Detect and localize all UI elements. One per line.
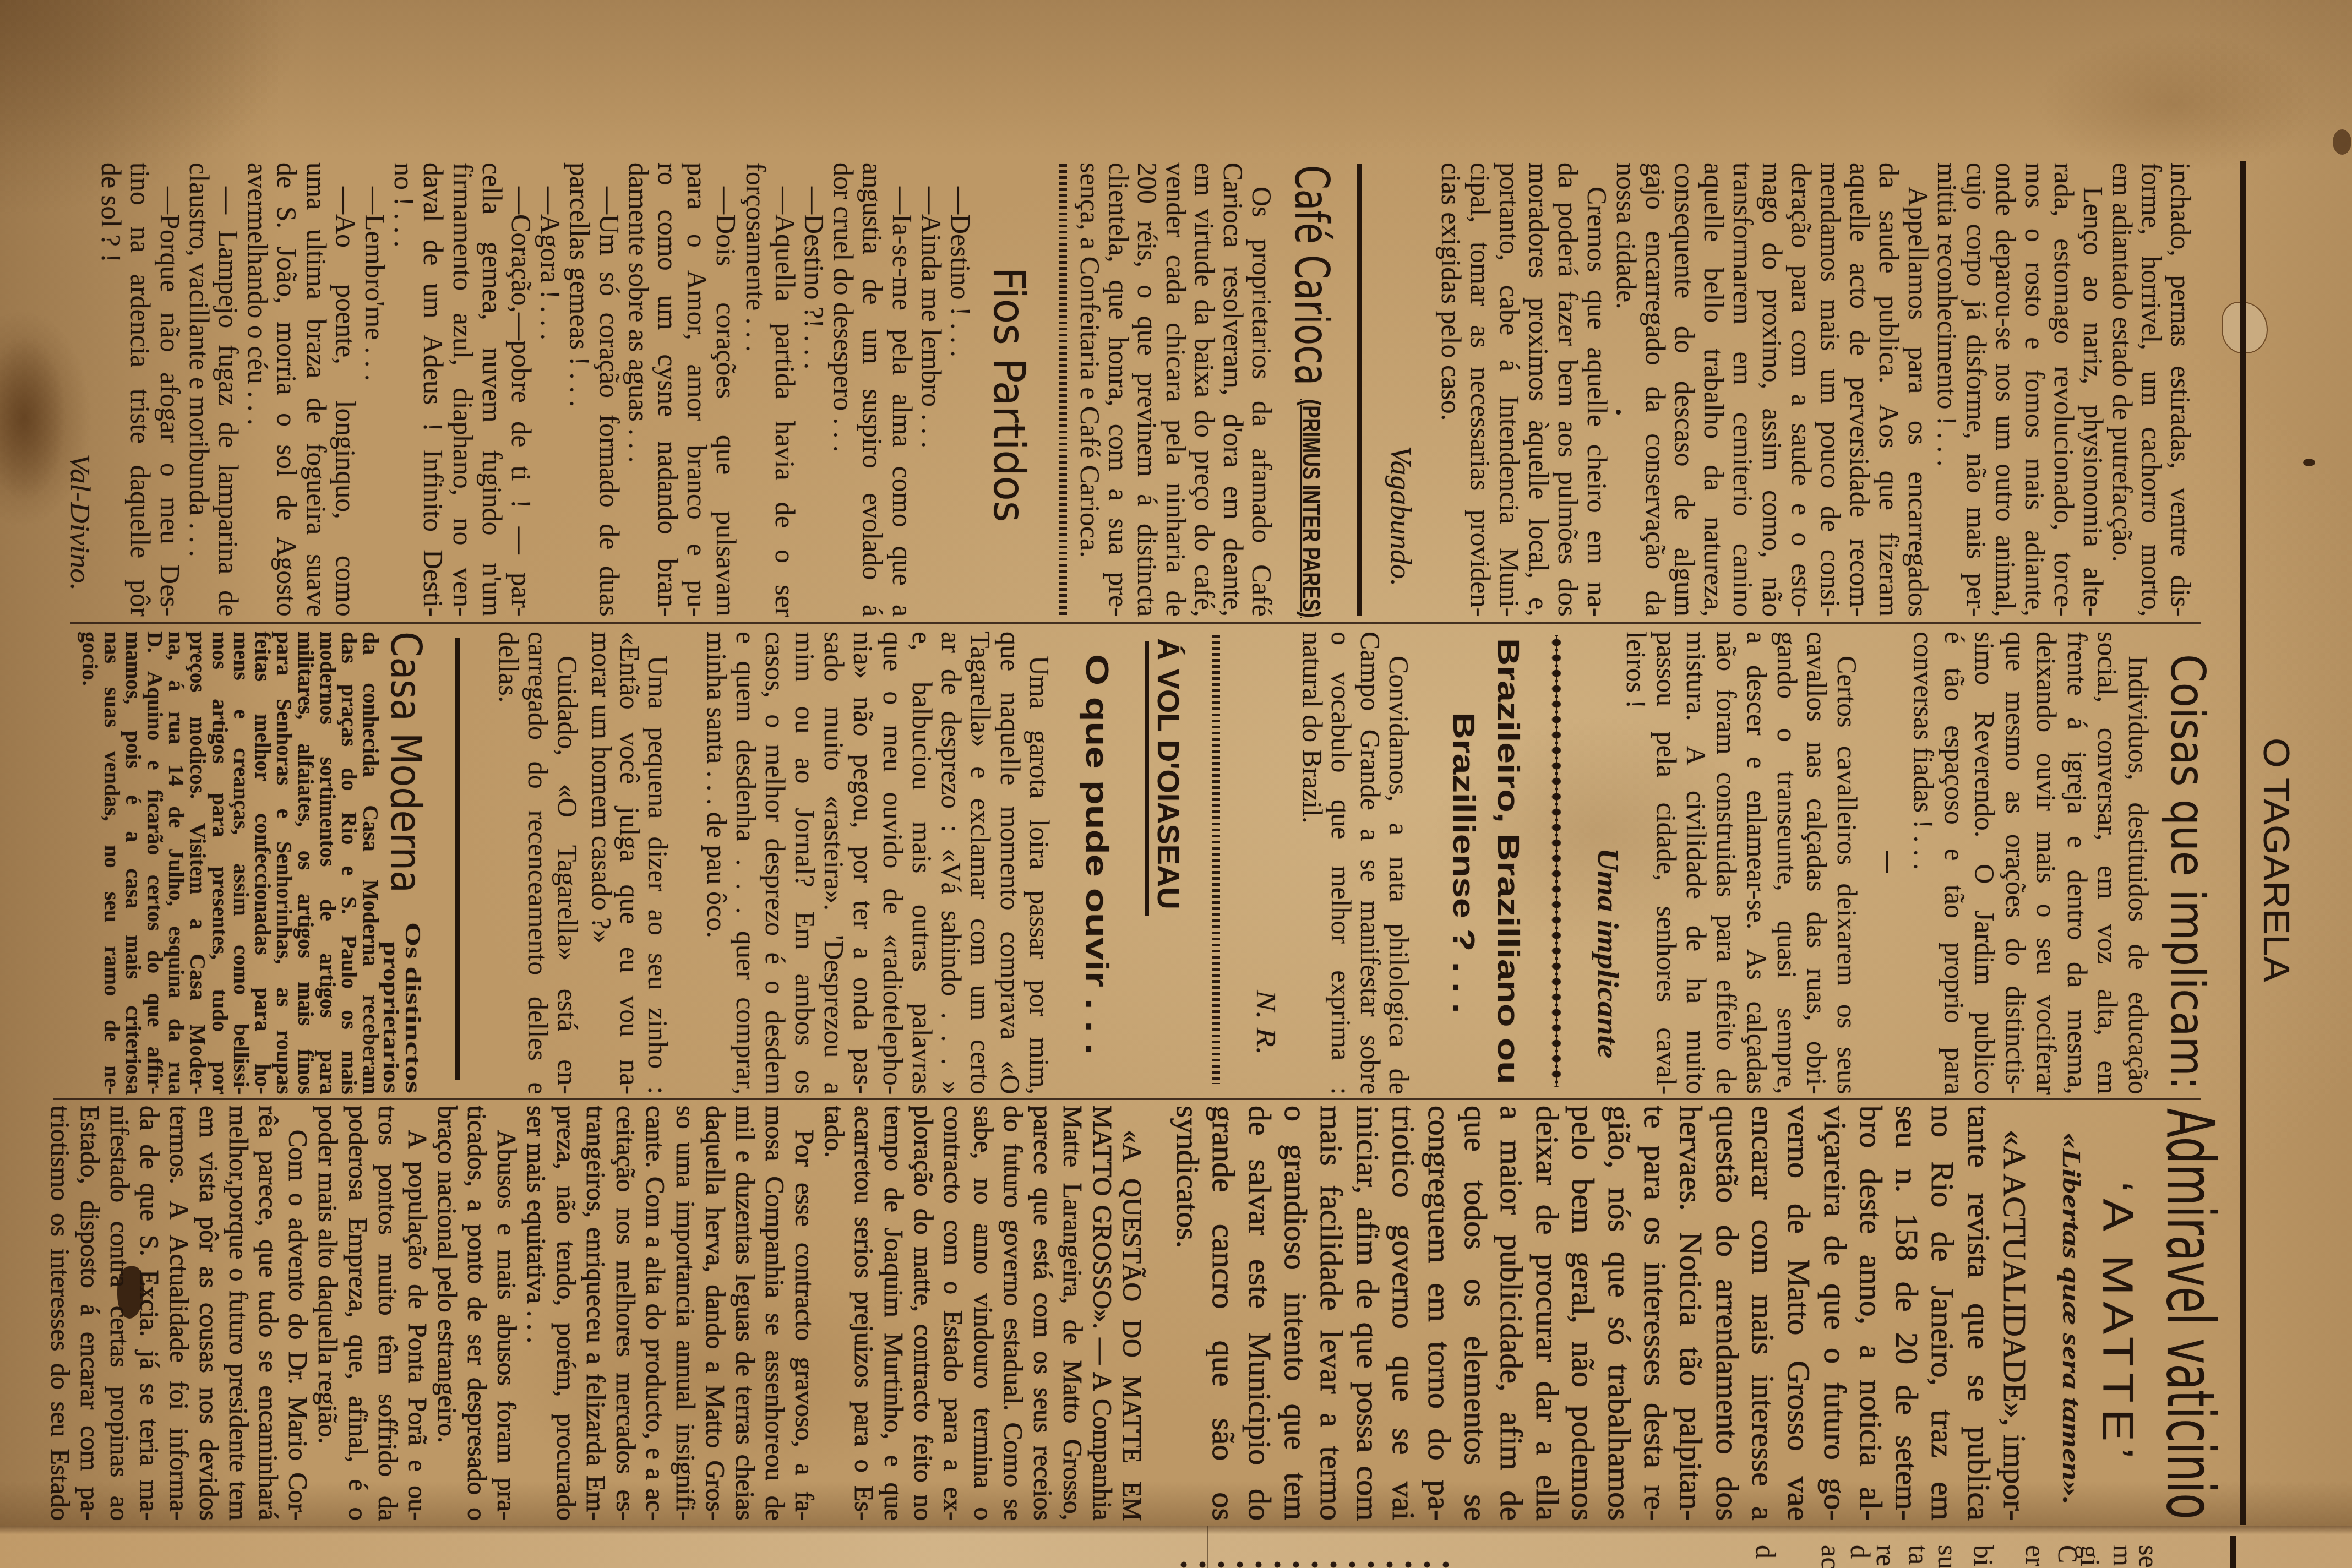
text-line-content: triotismo os interesses do seu Estado [45,1106,74,1521]
text-line-content: —Ia-se-me pela alma como que a [887,187,918,617]
text-line-content: daval de um Adeus ! Infinito Desti- [418,162,449,617]
text-line-content: cante. Com a alta do producto, e a ac- [641,1106,670,1521]
paragraph: —Lembro'me . . . [360,162,389,617]
text-line: triotismo os interesses do seu Estado [45,1106,74,1521]
lead-text: proprietarios [380,941,402,1093]
adjacent-text-fragment: er [2020,1545,2051,1566]
article-body: «A QUESTÃO DO MATTE EMMATTO GROSSO». — A… [45,1106,1146,1521]
text-line: Campo Grande a se manifestar sobre [1355,631,1384,1095]
text-line-content: mendamos mais um pouco de consi- [1815,162,1846,617]
column-divider [53,1098,2201,1100]
text-line: Uma garota loira passar por mim, [1025,631,1054,1095]
text-line: mittia reconhecimento ! . . . [1932,162,1962,617]
text-line: mos o rosto e fomos mais adiante, [2020,162,2049,617]
text-line-content: te para os interesses desta re- [1637,1106,1673,1521]
text-line: damente sobre as aguas . . . [624,162,653,617]
headline-subtitle: ‘A MATTE’ [2095,1182,2141,1465]
paragraph: Appellamos para os encarregadosda saude … [1611,162,1932,617]
text-line-content: da poderá fazer bem aos pulmões dos [1553,162,1583,617]
article-body: Os proprietarios da afamado CaféCarioca … [1076,162,1276,617]
text-line-content: mim ou ao Jornal? Em ambos os [790,631,820,1095]
text-line: —Coração,—pobre de ti ! — par- [507,162,536,617]
text-line-content: A população de Ponta Porã e ou- [402,1130,432,1521]
text-line-content: do futuro governo estadual. Como se [998,1106,1027,1521]
text-line-content: —Um só coração formado de duas [594,187,625,617]
text-line-content: vender cada chicara pela ninharia de [1161,162,1191,617]
text-line-content: no ! . . . [389,162,420,247]
text-line: braço nacional pelo estrangeiro. [432,1106,461,1521]
paragraph: —Destino ?! . . . [799,162,829,617]
text-line: gião, nós que só trabalhamos [1601,1106,1637,1521]
text-line: preza, não tendo, porém, procurado [551,1106,580,1521]
dotted-rule [1212,635,1220,1084]
paragraph: —Coração,—pobre de ti ! — par-cella geme… [389,162,536,617]
text-line-content: para Senhoras e Senhorinhas, as roupas [272,631,297,1095]
text-line-content: na, á rua 14 de Julho, esquina da rua [164,631,189,1095]
ad-lead-line: proprietarios [380,941,402,1093]
article-body: Individuos, destituidos de educaçãosocia… [1908,631,2153,1095]
text-line-content: Estado, disposto á encarar com pa- [75,1106,104,1521]
text-line: inchado, pernas estiradas, ventre dis- [2166,162,2195,617]
text-line-content: Com o advento do Dr. Mario Cor- [283,1130,312,1521]
text-line: Individuos, destituidos de educação [2122,631,2153,1095]
text-line: bro deste anno, a noticia al- [1853,1106,1889,1521]
text-line-content: de salvar este Municipio do [1242,1106,1278,1521]
text-line-content: Uma garota loira passar por mim, [1024,656,1055,1095]
text-line: angustia de um suspiro evolado á [858,162,887,617]
text-line: preços modicos. Visitem a Casa Moder- [187,631,209,1095]
text-line-content: forçosamente . . . [741,162,771,352]
adjacent-text-fragment: su [1932,1545,1963,1568]
text-line-content: mos artigos para presentes, tudo por [208,631,232,1095]
text-line: que mesmo as orações do distinctis- [2000,631,2030,1095]
text-line-content: passou pela cidade, senhores caval- [1651,631,1682,1095]
paragraph: Cremos que aquelle cheiro em na-da poder… [1436,162,1611,617]
text-line-content: no Rio de Janeiro, traz em [1925,1106,1961,1521]
text-line-content: gajo encarregado da conservação da [1640,162,1671,617]
text-line-content: —Destino ?! . . . [799,187,830,369]
article-signature: N. R. [1252,990,1281,1055]
text-line-content: termos. A Actualidade foi informa- [164,1106,193,1521]
text-line-content: Lenço ao nariz, physionomia alte- [2078,187,2109,617]
text-line: encarar com mais interesse a [1745,1106,1781,1521]
text-line-content: ploração do matte, contracto feito no [908,1106,938,1521]
text-line-content: —Ainda me lembro . . . [916,187,947,448]
adjacent-text-fragment: C [2052,1545,2083,1563]
headline-text: Café Carioca [1285,165,1338,385]
paragraph: —Agora ! . . . [536,162,565,617]
headline-fios-partidos: Fios Partidos [984,267,1033,522]
text-line-content: grande cancro que são os [1206,1106,1242,1521]
text-line-content: acarretou serios prejuizos para o Es- [849,1106,878,1521]
text-line-content: mens e creanças, assim como bellissi- [229,631,254,1095]
text-line-content: em adiantado estado de putrefacção. [2107,162,2138,562]
text-line-content: mil e duzentas leguas de terras cheias [730,1106,759,1521]
text-line-content: aquelle acto de perversidade recom- [1844,162,1875,617]
text-line: melhor,porque o futuro presidente tem [223,1106,253,1521]
text-line: uma ultima braza de fogueira suave [301,162,330,617]
headline-brazileiro-line2: Brazilliense ? . . . [1445,712,1483,1013]
text-line: cujo corpo já disforme, não mais per- [1962,162,1991,617]
text-line: ar de desprezo : «Vá sahindo . . . » [937,631,966,1095]
text-line-content: da conhecida Casa Moderna receberam [358,631,383,1095]
text-line: cipal, tomar as necessarias providen- [1466,162,1495,617]
text-line-content: sado muito «rasteira». 'Desprezou a [819,631,850,1095]
text-line-content: onde deparou-se nos um outro animal, [1990,162,2021,617]
headline-coisas-que-implicam: Coisas que implicam: [2159,654,2214,1090]
text-line: —Destino ?! . . . [799,162,829,617]
text-line-content: conversas fiadas ! . . . [1908,631,1939,870]
text-line-content: Appellamos para os encarregados [1903,187,1934,617]
text-line-content: 200 réis, o que previnem á distincta [1132,162,1163,617]
text-line-content: claustro, vacillante e moribunda . . . [184,162,215,557]
text-line: social, conversar, em voz alta, em [2092,631,2123,1095]
text-line-content: —Aquella partida havia de o ser [770,187,801,617]
text-line: mamos, pois é a casa mais criteriosa [123,631,144,1095]
text-line: nia» não pegou, por ter a onda pas- [848,631,878,1095]
text-line: em adiantado estado de putrefacção. [2108,162,2137,617]
header-rule [2240,161,2246,1525]
text-line: tros pontos muito têm soffrido da [372,1106,402,1521]
epigraph: «Libertas quæ sera tamen». [2057,1133,2085,1505]
text-line-content: de S. João, morria o sol de Agosto [271,162,302,617]
text-line-content: —Ao poente, longinquo, como [330,187,361,617]
text-line-content: a descer e enlamear-se. As calçadas [1741,631,1772,1095]
adjacent-text-fragment: m [2108,1545,2138,1566]
text-line-content: contracto com o Estado para a ex- [938,1106,967,1521]
text-line: de salvar este Municipio do [1242,1106,1277,1521]
adjacent-text-fragment: ta [1903,1545,1934,1565]
text-line-content: so uma importancia annual insignifi- [671,1106,700,1521]
ad-body: da conhecida Casa Moderna receberamdas p… [79,631,382,1095]
text-line-content: que todos os elementos se [1458,1106,1494,1521]
text-line-content: rêa parece, que tudo se encaminhará [253,1106,282,1521]
text-line-content: —Lembro'me . . . [360,187,390,381]
text-line-content: melhor,porque o futuro presidente tem [224,1106,253,1521]
text-line: tante revista que se publica [1961,1106,1996,1521]
text-line: so uma importancia annual insignifi- [670,1106,700,1521]
paragraph: «A ACTUALIDADE», impor-tante revista que… [1170,1106,2033,1521]
text-line-content: —Agora ! . . . [535,187,566,340]
paragraph: Abusos e mais abusos foram pra-ticados, … [432,1106,521,1521]
text-line: te para os interesses desta re- [1637,1106,1673,1521]
text-line: ro como um cysne nadando bran- [653,162,682,617]
text-line-content: Os proprietarios da afamado Café [1246,187,1277,617]
text-line-content: moradores proximos àquelle local, e, [1523,162,1554,617]
text-line: seu n. 158 de 20 de setem- [1889,1106,1925,1521]
text-line: morar um homem casado ?» [587,631,616,1095]
text-line-content: poderosa Empreza, que, afinal, é o [343,1106,372,1521]
headline-text: Admiravel vaticinio [2154,1108,2225,1520]
text-line: —Dois corações que pulsavam [711,162,741,617]
headline-text: Coisas que implicam: [2159,654,2214,1090]
text-line: cella gemea, nuvem fugindo n'um [477,162,507,617]
text-line: o grandioso intento que tem [1278,1106,1314,1521]
text-line-content: é tão espaçoso e tão proprio para [1939,631,1970,1095]
text-line-content: dellas. [493,631,524,703]
text-line-content: em vista pôr as cousas nos devidos [194,1106,223,1521]
paragraph: A população de Ponta Porã e ou-tros pont… [312,1106,431,1521]
article-signature: Uma implicante [1592,848,1623,1058]
text-line: e quem desdenha . . . quer comprar, [731,631,760,1095]
text-line: sabe, no anno vindouro termina o [967,1106,997,1521]
text-line: o vocabulo que melhor exprima : [1327,631,1355,1095]
epigraph-text: «Libertas quæ sera tamen». [2057,1133,2085,1505]
text-line-content: Tagarella» e exclamar com um certo [965,631,996,1095]
text-line: que todos os elementos se [1457,1106,1493,1521]
text-line-content: Por esse contracto gravoso, a fa- [790,1130,819,1521]
text-line-content: firmamento azul, diaphano, no ven- [448,162,478,617]
text-line-content: sença, a Confeitaria e Café Carioca. [1075,162,1106,558]
text-line: —Destino ! . . . [946,162,975,617]
text-line: onde deparou-se nos um outro animal, [1991,162,2020,617]
text-line: de sol ? ! [96,162,126,617]
text-line-content: não foram construidas para effeito de [1711,631,1742,1095]
paragraph: Lenço ao nariz, physionomia alte-rada, e… [1932,162,2108,617]
adjacent-text-fragment: d [1750,1545,1781,1559]
headline-o-que-pude-ouvir: O que pude ouvir . . . [1077,654,1116,1055]
text-line: ploração do matte, contracto feito no [908,1106,938,1521]
text-line-content: trangeiros, enriqueceu a felizarda Em- [581,1106,610,1521]
text-line: iniciar, afim de que possa com [1349,1106,1385,1521]
text-line: a maior publicidade, afim de [1494,1106,1529,1521]
text-line-content: dor cruel do desespero . . . [828,162,859,452]
headline-casa-moderna: Casa Moderna [381,631,431,893]
text-line-content: nas suas vendas, no seu ramo de ne- [100,631,124,1095]
text-line-content: preza, não tendo, porém, procurado [551,1106,580,1521]
text-line: mosa Companhia se assenhoreou de [759,1106,789,1521]
paragraph: —Destino ! . . . [946,162,975,617]
text-line-content: Uma pequena dizer ao seu zinho : [643,656,673,1095]
text-line-content: avermelhando o céu . . . [242,162,273,426]
text-line: dor cruel do desespero . . . [829,162,858,617]
text-line-content: Convidamos, a nata philologica de [1384,656,1414,1095]
text-line-content: cavallos nas calçadas das ruas, obri- [1801,631,1832,1095]
headline-subtitle: (PRIMUS INTER PARES) [1289,399,1333,618]
text-line: Abusos e mais abusos foram pra- [491,1106,521,1521]
adjacent-page-rule [2230,1536,2236,1568]
text-line-content: D. Aquino e ficarão certos do que affir- [143,631,167,1095]
text-line: —Lembro'me . . . [360,162,389,617]
text-line-content: clientela, que honra, com a sua pre- [1103,162,1134,617]
paragraph: Uma garota loira passar por mim,que naqu… [701,631,1054,1095]
text-line: tempo de Joaquim Murtinho, e que [878,1106,908,1521]
text-line: cavallos nas calçadas das ruas, obri- [1802,631,1832,1095]
headline-text: Casa Moderna [381,631,431,893]
text-line-content: para o Amor, amor branco e pu- [682,162,712,617]
text-line-content: social, conversar, em voz alta, em [2092,631,2123,1095]
paragraph: Os proprietarios da afamado CaféCarioca … [1076,162,1276,617]
text-line: mos artigos para presentes, tudo por [209,631,230,1095]
text-line: «A QUESTÃO DO MATTE EM [1117,1106,1146,1521]
headline-brazileiro-line1: Brazileiro, Brazilliano ou [1489,638,1528,1084]
article-body: Uma garota loira passar por mim,que naqu… [701,631,1054,1095]
paragraph: Individuos, destituidos de educaçãosocia… [1908,631,2153,1095]
text-line-content: «A QUESTÃO DO MATTE EM [1117,1130,1146,1521]
text-line: —Ia-se-me pela alma como que a [887,162,916,617]
text-line: e, balbuciou mais outras palavras [907,631,937,1095]
text-line-content: frente á igreja e dentro da mesma, [2062,631,2093,1095]
kicker-underline [1145,641,1149,916]
text-line-content: aquelle bello trabalho da natureza, [1698,162,1729,617]
subtitle-text: (PRIMUS INTER PARES) [1289,399,1333,618]
article-signature: Vagabundo. [1385,446,1415,586]
text-line-content: —Dois corações que pulsavam [711,187,742,617]
text-line-content: a maior publicidade, afim de [1494,1106,1529,1521]
text-line-content: simo Reverendo. O Jardim publico [1969,631,2000,1095]
section-rule [455,638,460,1080]
text-line: na, á rua 14 de Julho, esquina da rua [166,631,187,1095]
text-line-content: cujo corpo já disforme, não mais per- [1961,162,1992,617]
paragraph: —Ao poente, longinquo, comouma ultima br… [243,162,360,617]
text-line-content: mago do proximo, assim como, não [1757,162,1788,617]
text-line-content: o grandioso intento que tem [1278,1106,1314,1521]
text-line: viçareira de que o futuro go- [1817,1106,1853,1521]
text-line-content: mais facilidade levar a termo [1314,1106,1349,1521]
text-line: gando o transeunte, quasi sempre, [1772,631,1802,1095]
text-line: rêa parece, que tudo se encaminhará [253,1106,282,1521]
text-line: claustro, vacillante e moribunda . . . [184,162,214,617]
text-line: nossa cidade. [1611,162,1641,617]
text-line-content: verno de Matto Grosso vae [1781,1106,1817,1521]
text-line: mais facilidade levar a termo [1314,1106,1349,1521]
text-line: deixar de procurar dar a ella [1529,1106,1565,1521]
text-line-content: Abusos e mais abusos foram pra- [492,1130,521,1521]
ad-lead-line: Os distinctos [402,922,424,1093]
text-line-content: triotico governo que se vai [1386,1106,1422,1521]
text-line-content: «A ACTUALIDADE», impor- [1997,1130,2033,1521]
text-line: Por esse contracto gravoso, a fa- [789,1106,819,1521]
text-line: mago do proximo, assim como, não [1757,162,1787,617]
text-line-content: ar de desprezo : «Vá sahindo . . . » [936,631,967,1095]
text-line-content: braço nacional pelo estrangeiro. [432,1106,461,1443]
adjacent-text-fragment: d [1845,1545,1876,1559]
text-line: Convidamos, a nata philologica de [1385,631,1413,1095]
text-line-content: o vocabulo que melhor exprima : [1326,631,1357,1095]
text-line: casos, o melhor desprezo é o desdem [760,631,790,1095]
text-line: poder mais alto daquella região. [312,1106,342,1521]
text-line: não foram construidas para effeito de [1711,631,1741,1095]
text-line-content: questão do arrendamento dos [1709,1106,1745,1521]
text-line: da de que S. Excia. já se teria ma- [134,1106,164,1521]
text-line: gocio. [79,631,101,1095]
text-line-content: —Coração,—pobre de ti ! — par- [506,187,537,617]
text-line-content: pelo bem geral, não podemos [1565,1106,1601,1521]
text-line: é tão espaçoso e tão proprio para [1939,631,1969,1095]
text-line-content: Carioca resolveram, d'ora em deante, [1218,162,1249,617]
text-line-content: transformarem em cemiterio canino [1728,162,1758,617]
text-line: dellas. [494,631,524,1095]
newspaper-title-text: O TAGARELA [2257,738,2296,982]
text-line-content: que o meu ouvido de «radiotelepho- [878,631,908,1095]
paragraph: Cuidado, «O Tagarella» está en-carregado… [494,631,582,1095]
text-line-content: Certos cavalleiros deixarem os seus [1832,656,1863,1095]
text-line: gajo encarregado da conservação da [1641,162,1670,617]
text-line: mistura. A civilidade de ha muito [1681,631,1712,1095]
text-line-content: gião, nós que só trabalhamos [1602,1106,1637,1521]
text-line: ser mais equitativa . . . [521,1106,551,1521]
text-line: aquelle acto de perversidade recom- [1845,162,1874,617]
text-line: 200 réis, o que previnem á distincta [1133,162,1162,617]
text-line-content: leiros ! [1621,631,1652,709]
text-line-content: gocio. [78,631,102,686]
text-line-content: feitas melhor confeccionadas para ho- [251,631,275,1095]
text-line: Cuidado, «O Tagarella» está en- [553,631,582,1095]
text-line: «A ACTUALIDADE», impor- [1997,1106,2033,1521]
text-line: trangeiros, enriqueceu a felizarda Em- [580,1106,610,1521]
paragraph: —Ia-se-me pela alma como que aangustia d… [829,162,917,617]
text-line: triotico governo que se vai [1386,1106,1422,1521]
poem-body: —Destino ! . . .—Ainda me lembro . . .—I… [96,162,975,617]
text-line-content: portanto, cabe á Intendencia Muni- [1494,162,1525,617]
text-line-content: inchado, pernas estiradas, ventre dis- [2165,162,2196,617]
article-body: Uma pequena dizer ao seu zinho :«Então v… [587,631,672,1095]
text-line: avermelhando o céu . . . [243,162,272,617]
section-kicker: Á VOL D'OIASEAU [1152,638,1185,910]
text-line: da poderá fazer bem aos pulmões dos [1553,162,1582,617]
text-line: de S. João, morria o sol de Agosto [272,162,301,617]
text-line: militares, alfaiates, os artigos mais fi… [295,631,317,1095]
text-line-content: em virtude da baixa do preço do café, [1189,162,1220,617]
text-line: do futuro governo estadual. Como se [998,1106,1027,1521]
signature-text: Val-Divino. [65,454,96,591]
paragraph: Por esse contracto gravoso, a fa-mosa Co… [521,1106,819,1521]
text-line-content: de sol ? ! [96,162,127,263]
headline-text: Brazilliense ? . . . [1445,712,1483,1013]
text-line: forme, horrivel, um cachorro morto, [2137,162,2166,617]
text-line-content: tino na ardencia triste daquelle pôr [125,162,156,617]
text-line: A população de Ponta Porã e ou- [402,1106,432,1521]
text-line: nas suas vendas, no seu ramo de ne- [101,631,122,1095]
text-line: forçosamente . . . [741,162,770,617]
text-line: nifestado contra certas propinas ao [104,1106,134,1521]
paragraph: da conhecida Casa Moderna receberamdas p… [79,631,382,1095]
text-line-content: que naquelle momento comprava «O [995,631,1026,1095]
text-line: cias exigidas pelo caso. [1436,162,1466,617]
text-line-content: tado. [819,1106,848,1158]
text-line: Estado, disposto á encarar com pa- [74,1106,104,1521]
text-line: «Então você julga que eu vou na- [616,631,644,1095]
text-line: conversas fiadas ! . . . [1908,631,1939,1095]
text-line: congreguem em torno do pa- [1422,1106,1457,1521]
text-line-content: encarar com mais interesse a [1745,1106,1781,1521]
text-line-content: cias exigidas pelo caso. [1436,162,1467,421]
text-line: —Ainda me lembro . . . [917,162,946,617]
text-line-content: Individuos, destituidos de educação [2123,656,2154,1095]
text-line-content: forme, horrivel, um cachorro morto, [2136,162,2167,617]
text-line: da conhecida Casa Moderna receberam [360,631,382,1095]
article-body: Convidamos, a nata philologica deCampo G… [1298,631,1413,1095]
text-line-content: nifestado contra certas propinas ao [105,1106,134,1521]
text-line: daval de um Adeus ! Infinito Desti- [418,162,448,617]
text-line-content: mosa Companhia se assenhoreou de [760,1106,789,1521]
text-line: parece que está com os seus receios [1027,1106,1057,1521]
text-line: Appellamos para os encarregados [1903,162,1932,617]
text-line: mens e creanças, assim como bellissi- [231,631,252,1095]
text-line-content: minha santa . . . de pau ôco. [701,631,732,938]
text-line: tado. [819,1106,848,1521]
text-line: ceitação nos melhores mercados es- [610,1106,640,1521]
text-line-content: deração para com a saude e o esto- [1786,162,1817,617]
text-line-content: daquella herva, dando a Matto Gros- [700,1106,729,1521]
text-line-content: hervaes. Noticia tão palpitan- [1673,1106,1709,1521]
text-line: que naquelle momento comprava «O [995,631,1024,1095]
text-line: das praças do Rio e S. Paulo os mais [339,631,360,1095]
text-line-content: nia» não pegou, por ter a onda pas- [848,631,879,1095]
text-line-content: poder mais alto daquella região. [313,1106,342,1444]
paragraph: —Porque não afogar o meu Des-tino na ard… [96,162,184,617]
text-line: em virtude da baixa do preço do café, [1190,162,1219,617]
